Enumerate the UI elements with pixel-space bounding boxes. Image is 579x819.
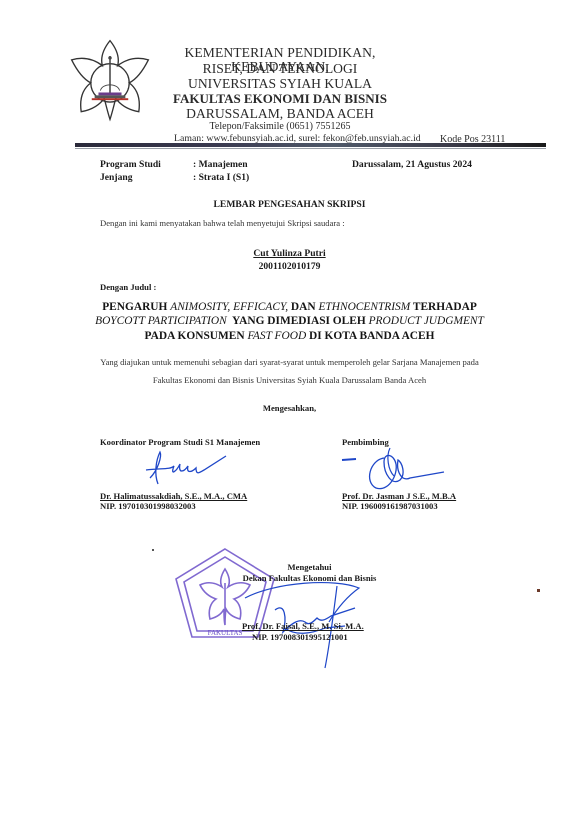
scan-speck [152,549,154,551]
supervisor-signature-icon [340,446,450,494]
supervisor-name: Prof. Dr. Jasman J S.E., M.B.A [342,491,456,501]
faculty-name: FAKULTAS EKONOMI DAN BISNIS [148,92,412,105]
university-logo-icon [62,36,158,124]
dean-nip: NIP. 197008301995121001 [252,632,348,642]
approval-heading: Mengesahkan, [0,403,579,413]
thesis-title-line-3: PADA KONSUMEN FAST FOOD DI KOTA BANDA AC… [0,330,579,342]
coordinator-role: Koordinator Program Studi S1 Manajemen [100,437,260,447]
purpose-text-2: Fakultas Ekonomi dan Bisnis Universitas … [0,375,579,385]
title-italic: BOYCOTT PARTICIPATION [95,315,227,327]
title-italic: ANIMOSITY, EFFICACY, [170,301,288,313]
title-italic: FAST FOOD [247,330,306,342]
program-label: Program Studi [100,159,161,170]
title-text: YANG DIMEDIASI OLEH [227,315,369,327]
purpose-text-1: Yang diajukan untuk memenuhi sebagian da… [0,357,579,367]
letterhead-divider [75,143,546,147]
title-italic: PRODUCT JUDGMENT [369,315,484,327]
scan-speck [537,589,540,592]
university-name: UNIVERSITAS SYIAH KUALA [148,77,412,91]
title-text: TERHADAP [410,301,477,313]
thesis-title-line-1: PENGARUH ANIMOSITY, EFFICACY, DAN ETHNOC… [0,301,579,313]
title-text: PENGARUH [102,301,170,313]
title-text: PADA KONSUMEN [145,330,248,342]
supervisor-nip: NIP. 196009161987031003 [342,501,438,511]
title-label: Dengan Judul : [100,282,156,292]
level-label: Jenjang [100,172,133,183]
document-date: Darussalam, 21 Agustus 2024 [352,159,472,170]
faculty-phone: Telepon/Faksimile (0651) 7551265 [148,122,412,132]
letterhead-divider-thin [75,148,546,149]
coordinator-name: Dr. Halimatussakdiah, S.E., M.A., CMA [100,491,247,501]
program-value: : Manajemen [193,159,248,170]
faculty-location: DARUSSALAM, BANDA ACEH [148,107,412,121]
coordinator-signature-icon [140,448,230,492]
document-title: LEMBAR PENGESAHAN SKRIPSI [0,199,579,210]
thesis-title-line-2: BOYCOTT PARTICIPATION YANG DIMEDIASI OLE… [0,315,579,327]
coordinator-nip: NIP. 197010301998032003 [100,501,196,511]
student-id: 2001102010179 [0,261,579,272]
dean-name: Prof. Dr. Faisal, S.E., M. Si, M.A. [242,621,364,631]
title-text: DI KOTA BANDA ACEH [306,330,434,342]
ministry-name-2: RISET, DAN TEKNOLOGI [148,62,412,76]
level-value: : Strata I (S1) [193,172,249,183]
acknowledged-label: Mengetahui [0,562,579,572]
intro-text: Dengan ini kami menyatakan bahwa telah m… [100,218,345,228]
title-text: DAN [288,301,318,313]
title-italic: ETHNOCENTRISM [318,301,410,313]
student-name: Cut Yulinza Putri [0,248,579,259]
